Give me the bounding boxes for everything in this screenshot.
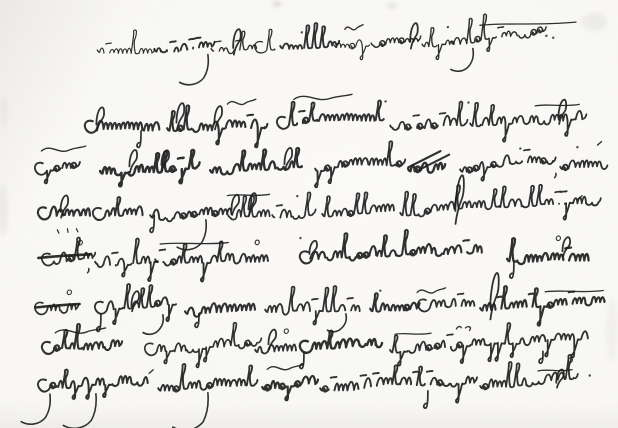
paper-grain bbox=[0, 0, 618, 428]
manuscript-scan bbox=[0, 0, 618, 428]
manuscript-page bbox=[0, 0, 618, 428]
